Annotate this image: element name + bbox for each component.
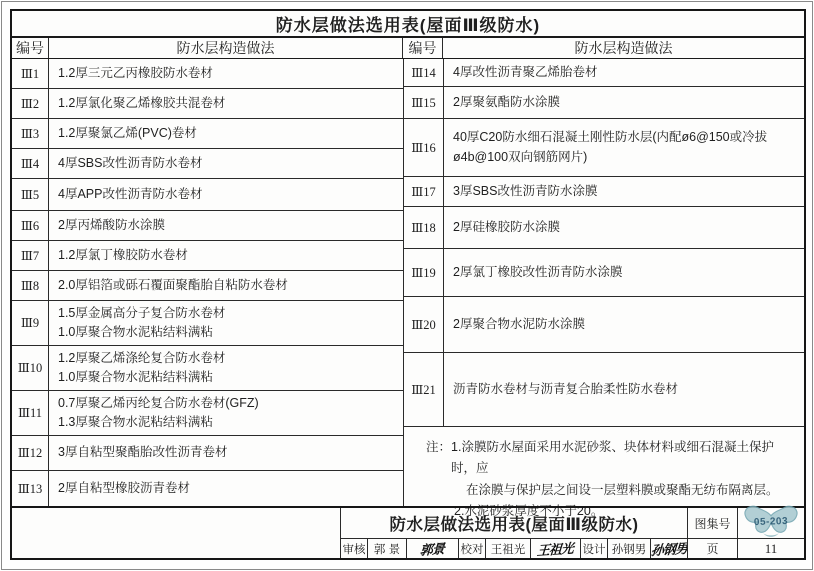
method-line: 1.3厚聚合物水泥粘结料满粘 xyxy=(58,413,397,432)
row-method-text: 2厚丙烯酸防水涂膜 xyxy=(49,211,403,240)
row-method-text: 2厚聚合物水泥防水涂膜 xyxy=(444,297,804,352)
row-id: Ⅲ18 xyxy=(404,207,444,248)
table-row: Ⅲ11.2厚三元乙丙橡胶防水卷材 xyxy=(12,59,403,89)
row-id: Ⅲ3 xyxy=(12,119,49,148)
row-method-text: 3厚自粘型聚酯胎改性沥青卷材 xyxy=(49,436,403,470)
row-id: Ⅲ5 xyxy=(12,179,49,210)
method-line: 2厚自粘型橡胶沥青卷材 xyxy=(58,479,397,498)
row-method-text: 0.7厚聚乙烯丙纶复合防水卷材(GFZ)1.3厚聚合物水泥粘结料满粘 xyxy=(49,391,403,435)
row-method-text: 4厚SBS改性沥青防水卷材 xyxy=(49,149,403,178)
table-row: Ⅲ144厚改性沥青聚乙烯胎卷材 xyxy=(404,59,804,87)
handwritten-signature: 孙钢男 xyxy=(651,539,687,558)
method-line: 2.0厚铝箔或砾石覆面聚酯胎自粘防水卷材 xyxy=(58,276,397,295)
table-row: Ⅲ192厚氯丁橡胶改性沥青防水涂膜 xyxy=(404,249,804,297)
row-id: Ⅲ6 xyxy=(12,211,49,240)
row-method-text: 40厚C20防水细石混凝土刚性防水层(内配ø6@150或冷拔ø4b@100双向钢… xyxy=(444,119,804,176)
atlas-stamp-text: 05-203 xyxy=(754,516,789,528)
method-line: 1.0厚聚合物水泥粘结料满粘 xyxy=(58,368,397,387)
design-signature: 孙钢男 xyxy=(651,539,687,558)
table-row: Ⅲ31.2厚聚氯乙烯(PVC)卷材 xyxy=(12,119,403,149)
method-line: 1.2厚氯化聚乙烯橡胶共混卷材 xyxy=(58,94,397,113)
row-id: Ⅲ10 xyxy=(12,346,49,390)
row-id: Ⅲ2 xyxy=(12,89,49,118)
proofread-label: 校对 xyxy=(459,539,486,558)
table-row: Ⅲ71.2厚氯丁橡胶防水卷材 xyxy=(12,241,403,271)
method-line: 1.0厚聚合物水泥粘结料满粘 xyxy=(58,323,397,342)
notes-row: 注：1.涂膜防水屋面采用水泥砂浆、块体材料或细石混凝土保护时，应在涂膜与保护层之… xyxy=(404,427,804,506)
method-line: 3厚自粘型聚酯胎改性沥青卷材 xyxy=(58,443,397,462)
row-id: Ⅲ16 xyxy=(404,119,444,176)
method-line: 1.2厚聚氯乙烯(PVC)卷材 xyxy=(58,124,397,143)
atlas-number-label: 图集号 xyxy=(688,508,738,538)
note-line: 1.涂膜防水屋面采用水泥砂浆、块体材料或细石混凝土保护时，应 xyxy=(451,437,794,480)
table-row: Ⅲ182厚硅橡胶防水涂膜 xyxy=(404,207,804,249)
title-block: 防水层做法选用表(屋面Ⅲ级防水) 图集号 05-203 审核 郭 景 xyxy=(341,508,804,558)
method-line: 40厚C20防水细石混凝土刚性防水层(内配ø6@150或冷拔ø4b@100双向钢… xyxy=(453,128,798,167)
note-line: 在涂膜与保护层之间设一层塑料膜或聚酯无纺布隔离层。 xyxy=(426,480,794,501)
header-left-method: 防水层构造做法 xyxy=(49,38,403,58)
row-method-text: 2厚氯丁橡胶改性沥青防水涂膜 xyxy=(444,249,804,296)
row-method-text: 2厚硅橡胶防水涂膜 xyxy=(444,207,804,248)
table-header-row: 编号 防水层构造做法 编号 防水层构造做法 xyxy=(12,38,804,59)
table-row: Ⅲ101.2厚聚乙烯涤纶复合防水卷材1.0厚聚合物水泥粘结料满粘 xyxy=(12,346,403,391)
table-right-half: Ⅲ144厚改性沥青聚乙烯胎卷材Ⅲ152厚聚氨酯防水涂膜Ⅲ1640厚C20防水细石… xyxy=(404,59,804,506)
review-label: 审核 xyxy=(341,539,368,558)
row-method-text: 1.2厚聚乙烯涤纶复合防水卷材1.0厚聚合物水泥粘结料满粘 xyxy=(49,346,403,390)
design-name: 孙钢男 xyxy=(608,539,651,558)
atlas-stamp-cell: 05-203 xyxy=(738,508,804,538)
row-method-text: 1.2厚三元乙丙橡胶防水卷材 xyxy=(49,59,403,88)
table-row: Ⅲ21.2厚氯化聚乙烯橡胶共混卷材 xyxy=(12,89,403,119)
row-method-text: 1.2厚氯丁橡胶防水卷材 xyxy=(49,241,403,270)
table-row: Ⅲ110.7厚聚乙烯丙纶复合防水卷材(GFZ)1.3厚聚合物水泥粘结料满粘 xyxy=(12,391,403,436)
review-name: 郭 景 xyxy=(368,539,407,558)
row-id: Ⅲ15 xyxy=(404,87,444,118)
page-label: 页 xyxy=(688,539,738,558)
method-line: 4厚SBS改性沥青防水卷材 xyxy=(58,154,397,173)
table-row: Ⅲ123厚自粘型聚酯胎改性沥青卷材 xyxy=(12,436,403,471)
table-row: Ⅲ44厚SBS改性沥青防水卷材 xyxy=(12,149,403,179)
bottom-band: 防水层做法选用表(屋面Ⅲ级防水) 图集号 05-203 审核 郭 景 xyxy=(12,506,804,558)
row-id: Ⅲ13 xyxy=(12,471,49,506)
handwritten-signature: 王祖光 xyxy=(537,539,574,558)
row-id: Ⅲ9 xyxy=(12,301,49,345)
title-block-top-row: 防水层做法选用表(屋面Ⅲ级防水) 图集号 05-203 xyxy=(341,508,804,539)
design-label: 设计 xyxy=(581,539,608,558)
table-row: Ⅲ91.5厚金属高分子复合防水卷材1.0厚聚合物水泥粘结料满粘 xyxy=(12,301,403,346)
table-row: Ⅲ21沥青防水卷材与沥青复合胎柔性防水卷材 xyxy=(404,353,804,427)
method-line: 1.2厚三元乙丙橡胶防水卷材 xyxy=(58,64,397,83)
table-body: Ⅲ11.2厚三元乙丙橡胶防水卷材Ⅲ21.2厚氯化聚乙烯橡胶共混卷材Ⅲ31.2厚聚… xyxy=(12,59,804,506)
row-id: Ⅲ17 xyxy=(404,177,444,206)
table-row: Ⅲ173厚SBS改性沥青防水涂膜 xyxy=(404,177,804,207)
bottom-empty-cell xyxy=(12,508,341,558)
row-id: Ⅲ7 xyxy=(12,241,49,270)
method-line: 沥青防水卷材与沥青复合胎柔性防水卷材 xyxy=(453,380,798,399)
table-left-half: Ⅲ11.2厚三元乙丙橡胶防水卷材Ⅲ21.2厚氯化聚乙烯橡胶共混卷材Ⅲ31.2厚聚… xyxy=(12,59,404,506)
note-label: 注： xyxy=(426,437,451,480)
table-row: Ⅲ132厚自粘型橡胶沥青卷材 xyxy=(12,471,403,506)
review-signature: 郭景 xyxy=(407,539,459,558)
row-id: Ⅲ20 xyxy=(404,297,444,352)
row-method-text: 2厚自粘型橡胶沥青卷材 xyxy=(49,471,403,506)
signature-strip: 审核 郭 景 郭景 校对 王祖光 王祖光 设计 孙钢男 孙钢男 xyxy=(341,539,688,558)
row-id: Ⅲ21 xyxy=(404,353,444,426)
title-block-title: 防水层做法选用表(屋面Ⅲ级防水) xyxy=(341,508,688,538)
method-line: 1.2厚聚乙烯涤纶复合防水卷材 xyxy=(58,349,397,368)
page-title: 防水层做法选用表(屋面Ⅲ级防水) xyxy=(12,11,804,38)
header-right-id: 编号 xyxy=(403,38,443,58)
table-row: Ⅲ54厚APP改性沥青防水卷材 xyxy=(12,179,403,211)
table-row: Ⅲ1640厚C20防水细石混凝土刚性防水层(内配ø6@150或冷拔ø4b@100… xyxy=(404,119,804,177)
row-method-text: 1.2厚聚氯乙烯(PVC)卷材 xyxy=(49,119,403,148)
row-id: Ⅲ8 xyxy=(12,271,49,300)
notes-text: 注：1.涂膜防水屋面采用水泥砂浆、块体材料或细石混凝土保护时，应在涂膜与保护层之… xyxy=(404,427,804,506)
method-line: 2厚硅橡胶防水涂膜 xyxy=(453,218,798,237)
row-method-text: 4厚改性沥青聚乙烯胎卷材 xyxy=(444,59,804,86)
method-line: 1.5厚金属高分子复合防水卷材 xyxy=(58,304,397,323)
row-method-text: 1.2厚氯化聚乙烯橡胶共混卷材 xyxy=(49,89,403,118)
header-right-method: 防水层构造做法 xyxy=(443,38,804,58)
method-line: 0.7厚聚乙烯丙纶复合防水卷材(GFZ) xyxy=(58,394,397,413)
method-line: 4厚APP改性沥青防水卷材 xyxy=(58,185,397,204)
row-id: Ⅲ4 xyxy=(12,149,49,178)
method-line: 1.2厚氯丁橡胶防水卷材 xyxy=(58,246,397,265)
row-method-text: 沥青防水卷材与沥青复合胎柔性防水卷材 xyxy=(444,353,804,426)
row-id: Ⅲ19 xyxy=(404,249,444,296)
row-method-text: 1.5厚金属高分子复合防水卷材1.0厚聚合物水泥粘结料满粘 xyxy=(49,301,403,345)
row-id: Ⅲ1 xyxy=(12,59,49,88)
table-row: Ⅲ152厚聚氨酯防水涂膜 xyxy=(404,87,804,119)
row-method-text: 4厚APP改性沥青防水卷材 xyxy=(49,179,403,210)
row-method-text: 2厚聚氨酯防水涂膜 xyxy=(444,87,804,118)
row-id: Ⅲ14 xyxy=(404,59,444,86)
page-number: 11 xyxy=(738,539,804,558)
row-id: Ⅲ12 xyxy=(12,436,49,470)
header-left-id: 编号 xyxy=(12,38,49,58)
handwritten-signature: 郭景 xyxy=(420,539,445,558)
table-row: Ⅲ82.0厚铝箔或砾石覆面聚酯胎自粘防水卷材 xyxy=(12,271,403,301)
method-line: 2厚丙烯酸防水涂膜 xyxy=(58,216,397,235)
row-method-text: 3厚SBS改性沥青防水涂膜 xyxy=(444,177,804,206)
method-line: 4厚改性沥青聚乙烯胎卷材 xyxy=(453,63,798,82)
table-row: Ⅲ62厚丙烯酸防水涂膜 xyxy=(12,211,403,241)
method-line: 3厚SBS改性沥青防水涂膜 xyxy=(453,182,798,201)
method-line: 2厚聚氨酯防水涂膜 xyxy=(453,93,798,112)
table-row: Ⅲ202厚聚合物水泥防水涂膜 xyxy=(404,297,804,353)
title-block-bottom-row: 审核 郭 景 郭景 校对 王祖光 王祖光 设计 孙钢男 孙钢男 页 11 xyxy=(341,539,804,558)
proofread-name: 王祖光 xyxy=(486,539,531,558)
row-method-text: 2.0厚铝箔或砾石覆面聚酯胎自粘防水卷材 xyxy=(49,271,403,300)
row-id: Ⅲ11 xyxy=(12,391,49,435)
drawing-sheet: 防水层做法选用表(屋面Ⅲ级防水) 编号 防水层构造做法 编号 防水层构造做法 Ⅲ… xyxy=(10,9,806,560)
method-line: 2厚氯丁橡胶改性沥青防水涂膜 xyxy=(453,263,798,282)
method-line: 2厚聚合物水泥防水涂膜 xyxy=(453,315,798,334)
proofread-signature: 王祖光 xyxy=(531,539,581,558)
